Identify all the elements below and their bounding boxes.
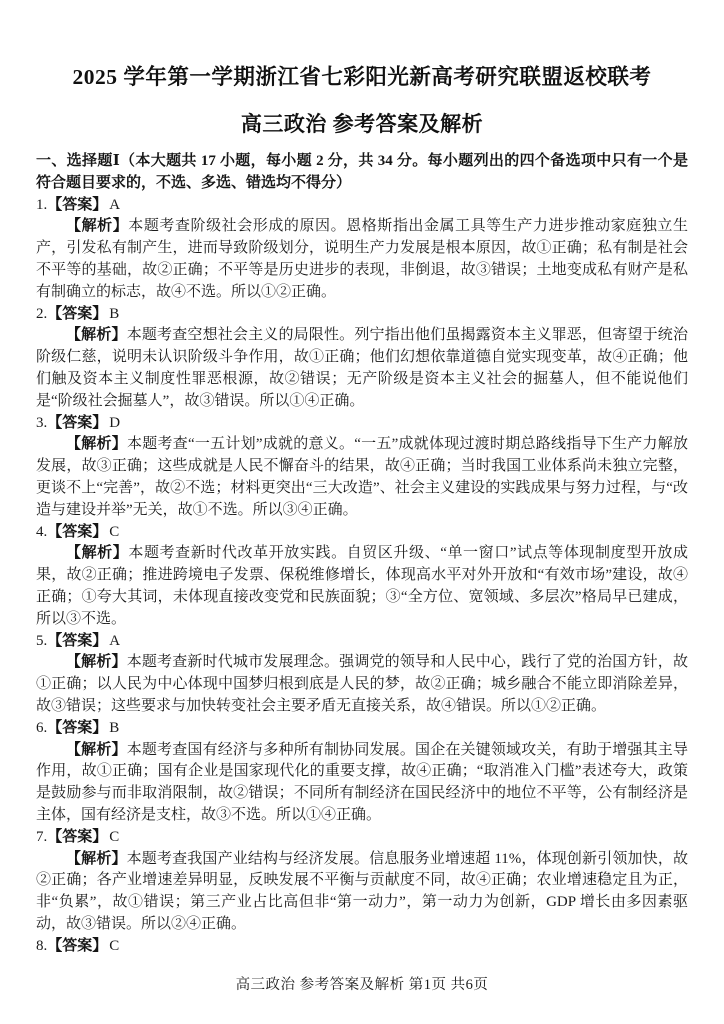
page-footer: 高三政治 参考答案及解析 第1页 共6页 (0, 973, 724, 994)
question-number: 3. (36, 415, 47, 431)
document-page: 2025 学年第一学期浙江省七彩阳光新高考研究联盟返校联考 高三政治 参考答案及… (0, 0, 724, 1024)
answer-line: 5.【答案】A (36, 631, 688, 653)
answer-value: D (109, 415, 120, 431)
answer-line: 7.【答案】C (36, 827, 688, 849)
question-number: 4. (36, 524, 47, 540)
answer-line: 2.【答案】B (36, 304, 688, 326)
answer-key-subtitle: 高三政治 参考答案及解析 (36, 108, 688, 138)
answer-value: C (109, 524, 119, 540)
answer-label: 【答案】 (47, 633, 107, 649)
analysis-paragraph: 【解析】本题考查新时代改革开放实践。自贸区升级、“单一窗口”试点等体现制度型开放… (36, 543, 688, 630)
exam-title: 2025 学年第一学期浙江省七彩阳光新高考研究联盟返校联考 (36, 60, 688, 91)
analysis-label: 【解析】 (66, 851, 127, 867)
section-intro: 一、选择题Ⅰ（本大题共 17 小题，每小题 2 分，共 34 分。每小题列出的四… (36, 151, 688, 195)
analysis-paragraph: 【解析】本题考查“一五计划”成就的意义。“一五”成就体现过渡时期总路线指导下生产… (36, 434, 688, 521)
answer-value: B (109, 306, 119, 322)
analysis-label: 【解析】 (66, 436, 127, 452)
answer-label: 【答案】 (47, 197, 107, 213)
analysis-text: 本题考查空想社会主义的局限性。列宁指出他们虽揭露资本主义罪恶，但寄望于统治阶级仁… (36, 327, 688, 408)
question-item: 8.【答案】C (36, 936, 688, 958)
answer-value: C (109, 829, 119, 845)
question-number: 2. (36, 306, 47, 322)
answer-value: B (109, 720, 119, 736)
analysis-label: 【解析】 (66, 654, 127, 670)
analysis-text: 本题考查“一五计划”成就的意义。“一五”成就体现过渡时期总路线指导下生产力解放发… (36, 436, 688, 517)
answer-label: 【答案】 (47, 306, 107, 322)
analysis-label: 【解析】 (66, 742, 127, 758)
question-item: 6.【答案】B 【解析】本题考查国有经济与多种所有制协同发展。国企在关键领域攻关… (36, 718, 688, 827)
analysis-paragraph: 【解析】本题考查空想社会主义的局限性。列宁指出他们虽揭露资本主义罪恶，但寄望于统… (36, 325, 688, 412)
answer-label: 【答案】 (47, 720, 107, 736)
question-number: 5. (36, 633, 47, 649)
analysis-label: 【解析】 (66, 327, 127, 343)
answer-line: 6.【答案】B (36, 718, 688, 740)
question-item: 7.【答案】C 【解析】本题考查我国产业结构与经济发展。信息服务业增速超 11%… (36, 827, 688, 936)
analysis-paragraph: 【解析】本题考查国有经济与多种所有制协同发展。国企在关键领域攻关，有助于增强其主… (36, 740, 688, 827)
answer-value: A (109, 633, 120, 649)
question-item: 3.【答案】D 【解析】本题考查“一五计划”成就的意义。“一五”成就体现过渡时期… (36, 413, 688, 522)
question-number: 6. (36, 720, 47, 736)
analysis-text: 本题考查国有经济与多种所有制协同发展。国企在关键领域攻关，有助于增强其主导作用，… (36, 742, 688, 823)
answer-line: 1.【答案】A (36, 195, 688, 217)
question-number: 1. (36, 197, 47, 213)
answer-value: C (109, 938, 119, 954)
answer-label: 【答案】 (47, 524, 107, 540)
answer-line: 8.【答案】C (36, 936, 688, 958)
analysis-text: 本题考查新时代改革开放实践。自贸区升级、“单一窗口”试点等体现制度型开放成果，故… (36, 545, 688, 626)
question-item: 5.【答案】A 【解析】本题考查新时代城市发展理念。强调党的领导和人民中心，践行… (36, 631, 688, 718)
question-number: 7. (36, 829, 47, 845)
answer-label: 【答案】 (47, 938, 107, 954)
analysis-text: 本题考查我国产业结构与经济发展。信息服务业增速超 11%，体现创新引领加快，故②… (36, 851, 688, 932)
analysis-text: 本题考查新时代城市发展理念。强调党的领导和人民中心，践行了党的治国方针，故①正确… (36, 654, 688, 714)
answer-line: 3.【答案】D (36, 413, 688, 435)
answer-label: 【答案】 (47, 829, 107, 845)
answer-line: 4.【答案】C (36, 522, 688, 544)
question-number: 8. (36, 938, 47, 954)
answer-label: 【答案】 (47, 415, 107, 431)
analysis-label: 【解析】 (66, 545, 128, 561)
question-item: 4.【答案】C 【解析】本题考查新时代改革开放实践。自贸区升级、“单一窗口”试点… (36, 522, 688, 631)
question-item: 2.【答案】B 【解析】本题考查空想社会主义的局限性。列宁指出他们虽揭露资本主义… (36, 304, 688, 413)
analysis-label: 【解析】 (66, 218, 128, 234)
answer-list: 1.【答案】A 【解析】本题考查阶级社会形成的原因。恩格斯指出金属工具等生产力进… (36, 195, 688, 958)
analysis-text: 本题考查阶级社会形成的原因。恩格斯指出金属工具等生产力进步推动家庭独立生产，引发… (36, 218, 688, 299)
analysis-paragraph: 【解析】本题考查我国产业结构与经济发展。信息服务业增速超 11%，体现创新引领加… (36, 849, 688, 936)
analysis-paragraph: 【解析】本题考查新时代城市发展理念。强调党的领导和人民中心，践行了党的治国方针，… (36, 652, 688, 717)
analysis-paragraph: 【解析】本题考查阶级社会形成的原因。恩格斯指出金属工具等生产力进步推动家庭独立生… (36, 216, 688, 303)
question-item: 1.【答案】A 【解析】本题考查阶级社会形成的原因。恩格斯指出金属工具等生产力进… (36, 195, 688, 304)
answer-value: A (109, 197, 120, 213)
